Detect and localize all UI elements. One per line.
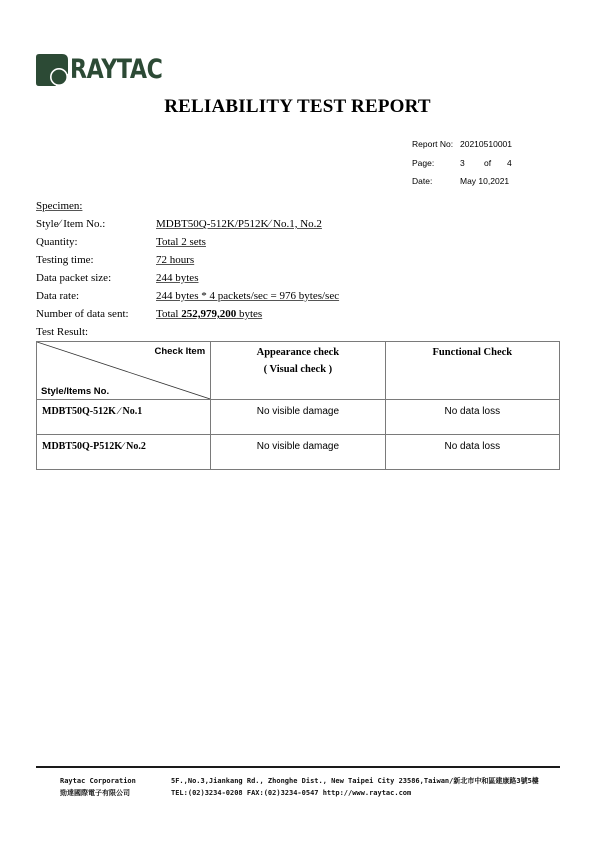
page-total: 4 xyxy=(507,154,512,173)
field-label: Data packet size: xyxy=(36,269,111,287)
page-label: Page: xyxy=(412,154,434,173)
field-label: Testing time: xyxy=(36,251,94,269)
row-functional: No data loss xyxy=(385,435,559,470)
appearance-header-line2: ( Visual check ) xyxy=(211,361,384,378)
table-header-row: Check Item Style/Items No. Appearance ch… xyxy=(37,342,560,400)
table-row: MDBT50Q-512K ∕ No.1 No visible damage No… xyxy=(37,400,560,435)
table-row: MDBT50Q-P512K∕ No.2 No visible damage No… xyxy=(37,435,560,470)
field-value: 244 bytes xyxy=(156,269,198,287)
data-sent-total: 252,979,200 xyxy=(181,308,236,320)
corner-header-cell: Check Item Style/Items No. xyxy=(37,342,211,400)
report-date: May 10,2021 xyxy=(460,172,509,191)
field-value: 72 hours xyxy=(156,251,194,269)
test-result-label: Test Result: xyxy=(36,323,88,341)
row-item: MDBT50Q-512K ∕ No.1 xyxy=(37,400,211,435)
appearance-header-line1: Appearance check xyxy=(211,344,384,361)
company-address: 5F.,No.3,Jiankang Rd., Zhonghe Dist., Ne… xyxy=(171,775,539,787)
corner-check-item: Check Item xyxy=(154,346,205,357)
field-value: MDBT50Q-512K/P512K∕ No.1, No.2 xyxy=(156,215,322,233)
data-sent-prefix: Total xyxy=(156,308,181,320)
row-appearance: No visible damage xyxy=(211,400,385,435)
field-value: Total 2 sets xyxy=(156,233,206,251)
company-contact: TEL:(02)3234-0208 FAX:(02)3234-0547 http… xyxy=(171,787,411,799)
field-label: Number of data sent: xyxy=(36,305,129,323)
date-label: Date: xyxy=(412,172,432,191)
test-result-table: Check Item Style/Items No. Appearance ch… xyxy=(36,341,560,470)
field-value: 244 bytes * 4 packets/sec = 976 bytes/se… xyxy=(156,287,339,305)
row-item: MDBT50Q-P512K∕ No.2 xyxy=(37,435,211,470)
field-label: Data rate: xyxy=(36,287,79,305)
company-name-zh: 勁達國際電子有限公司 xyxy=(60,787,130,799)
field-label: Quantity: xyxy=(36,233,78,251)
raytac-logo: RAYTAC xyxy=(36,52,156,88)
report-title: RELIABILITY TEST REPORT xyxy=(0,96,595,118)
company-name-en: Raytac Corporation xyxy=(60,775,136,787)
field-label: Style∕ Item No.: xyxy=(36,215,105,233)
data-sent-suffix: bytes xyxy=(236,308,262,320)
report-number: 20210510001 xyxy=(460,135,512,154)
specimen-heading: Specimen: xyxy=(36,197,82,215)
row-functional: No data loss xyxy=(385,400,559,435)
corner-style-items: Style/Items No. xyxy=(41,386,109,397)
footer-divider xyxy=(36,766,560,768)
page-of: of xyxy=(484,154,491,173)
report-number-label: Report No: xyxy=(412,135,453,154)
column-header-functional: Functional Check xyxy=(385,342,559,400)
logo-mark-icon xyxy=(36,54,68,86)
row-appearance: No visible damage xyxy=(211,435,385,470)
page-current: 3 xyxy=(460,154,465,173)
field-value: Total 252,979,200 bytes xyxy=(156,305,262,323)
logo-text: RAYTAC xyxy=(70,52,162,88)
column-header-appearance: Appearance check ( Visual check ) xyxy=(211,342,385,400)
